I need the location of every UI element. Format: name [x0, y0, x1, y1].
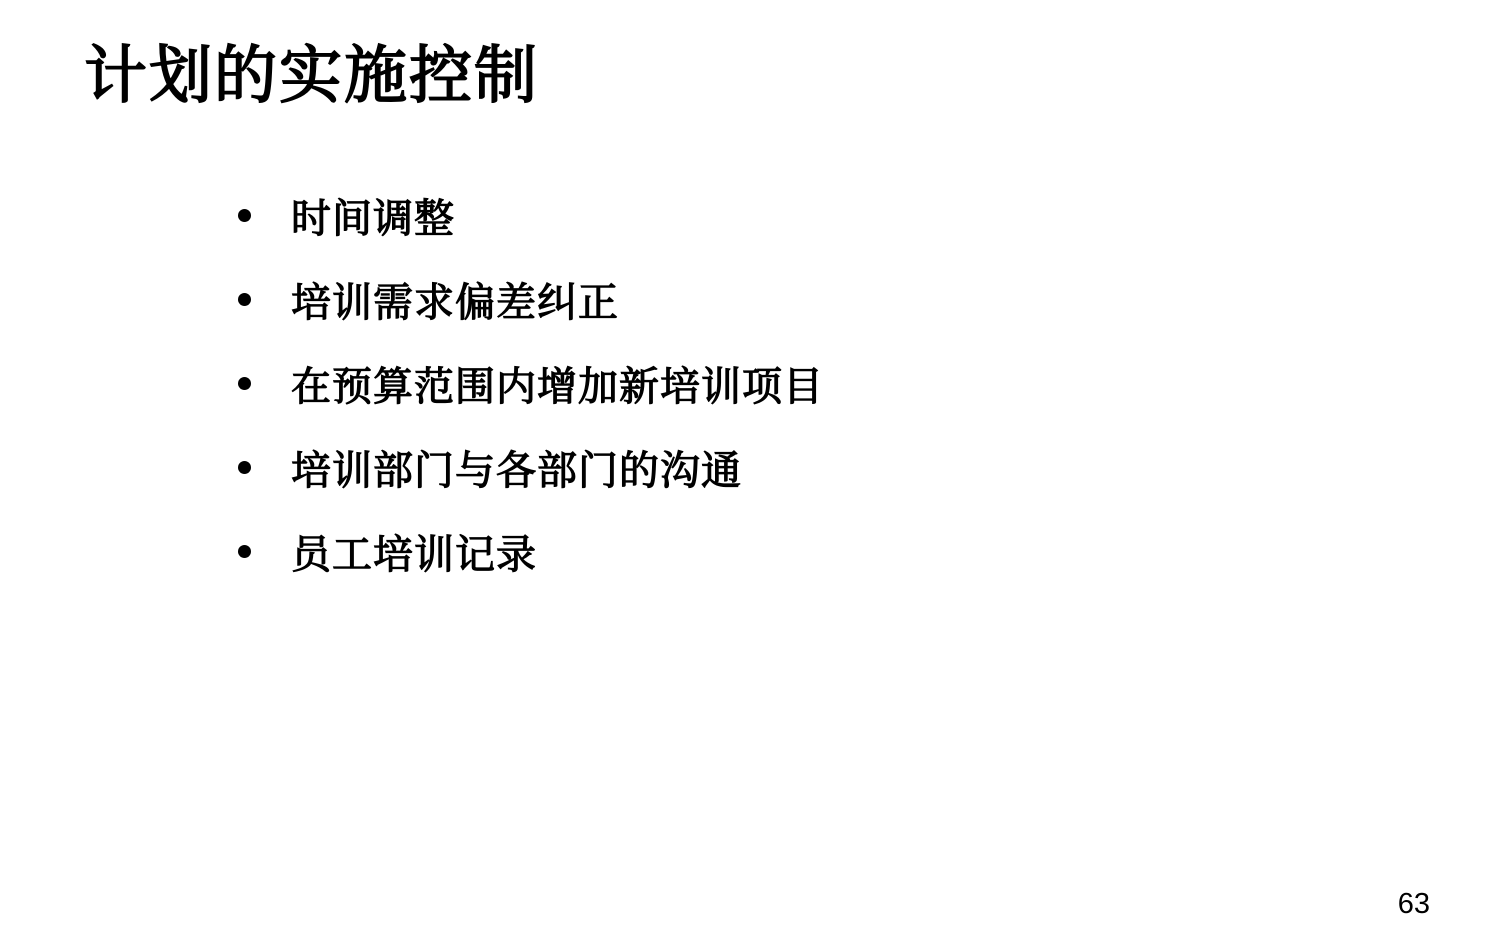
- bullet-text: 时间调整: [291, 187, 455, 244]
- bullet-dot-icon: [238, 461, 251, 474]
- bullet-item: 培训需求偏差纠正: [238, 257, 824, 341]
- bullet-item: 培训部门与各部门的沟通: [238, 425, 824, 509]
- slide-title: 计划的实施控制: [84, 34, 539, 119]
- bullet-text: 培训需求偏差纠正: [291, 271, 619, 328]
- bullet-text: 在预算范围内增加新培训项目: [291, 355, 824, 412]
- bullet-text: 培训部门与各部门的沟通: [291, 439, 742, 496]
- bullet-dot-icon: [238, 209, 251, 222]
- bullet-list: 时间调整 培训需求偏差纠正 在预算范围内增加新培训项目 培训部门与各部门的沟通 …: [238, 173, 824, 593]
- page-number: 63: [1398, 888, 1430, 921]
- slide: 计划的实施控制 时间调整 培训需求偏差纠正 在预算范围内增加新培训项目 培训部门…: [0, 0, 1500, 937]
- bullet-item: 时间调整: [238, 173, 824, 257]
- bullet-item: 员工培训记录: [238, 509, 824, 593]
- bullet-dot-icon: [238, 377, 251, 390]
- bullet-item: 在预算范围内增加新培训项目: [238, 341, 824, 425]
- bullet-text: 员工培训记录: [291, 523, 537, 580]
- bullet-dot-icon: [238, 545, 251, 558]
- bullet-dot-icon: [238, 293, 251, 306]
